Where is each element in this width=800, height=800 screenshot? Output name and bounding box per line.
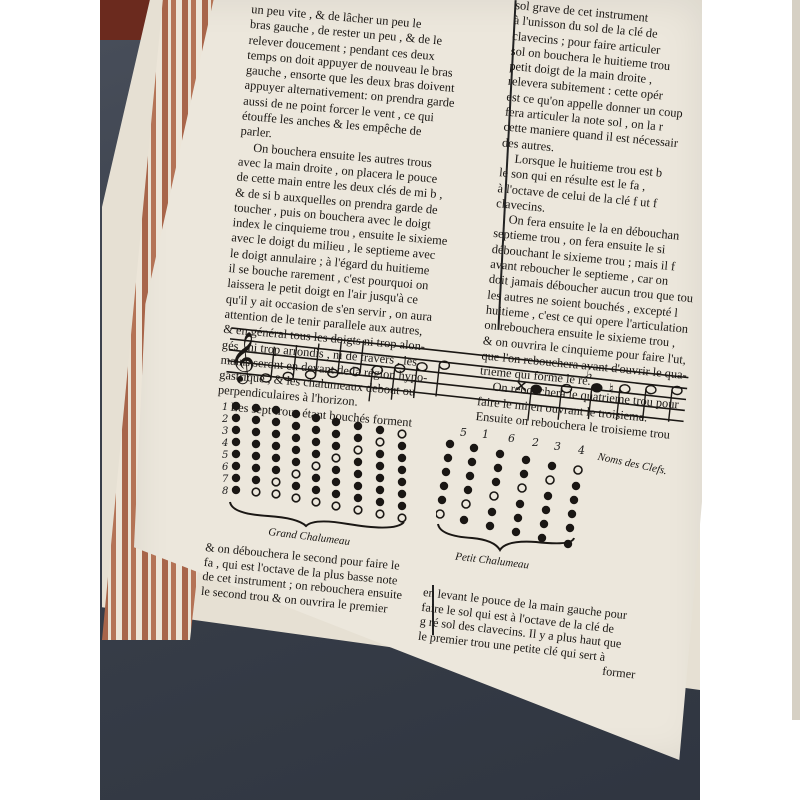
svg-text:1: 1: [482, 428, 489, 441]
svg-text:1: 1: [222, 402, 228, 413]
natural-icon: ♮: [608, 382, 615, 397]
svg-text:2: 2: [221, 414, 228, 425]
svg-text:5: 5: [222, 450, 228, 461]
fingering-grid-grand: 1234 5678: [218, 398, 438, 548]
bottom-left-text: & on débouchera le second pour faire le …: [200, 540, 405, 617]
flat-icon: ♭: [585, 368, 593, 384]
svg-text:6: 6: [508, 432, 515, 445]
svg-text:4: 4: [577, 444, 585, 457]
svg-text:4: 4: [221, 438, 228, 449]
grand-chalumeau-chart: 1234 5678: [218, 398, 438, 548]
bottom-right-text: en levant le pouce de la main gauche pou…: [416, 585, 643, 682]
svg-text:5: 5: [460, 428, 467, 439]
svg-text:3: 3: [554, 440, 561, 453]
svg-text:7: 7: [222, 474, 229, 485]
svg-text:2: 2: [531, 436, 539, 449]
page-content: un peu vite , & de lâcher un peu le bras…: [0, 0, 800, 800]
brace-icon: [438, 524, 574, 550]
svg-text:6: 6: [222, 462, 229, 473]
sharp-icon: ✕: [514, 378, 529, 396]
svg-text:3: 3: [222, 426, 228, 437]
treble-clef-icon: 𝄞: [227, 330, 259, 385]
svg-text:8: 8: [222, 486, 228, 497]
